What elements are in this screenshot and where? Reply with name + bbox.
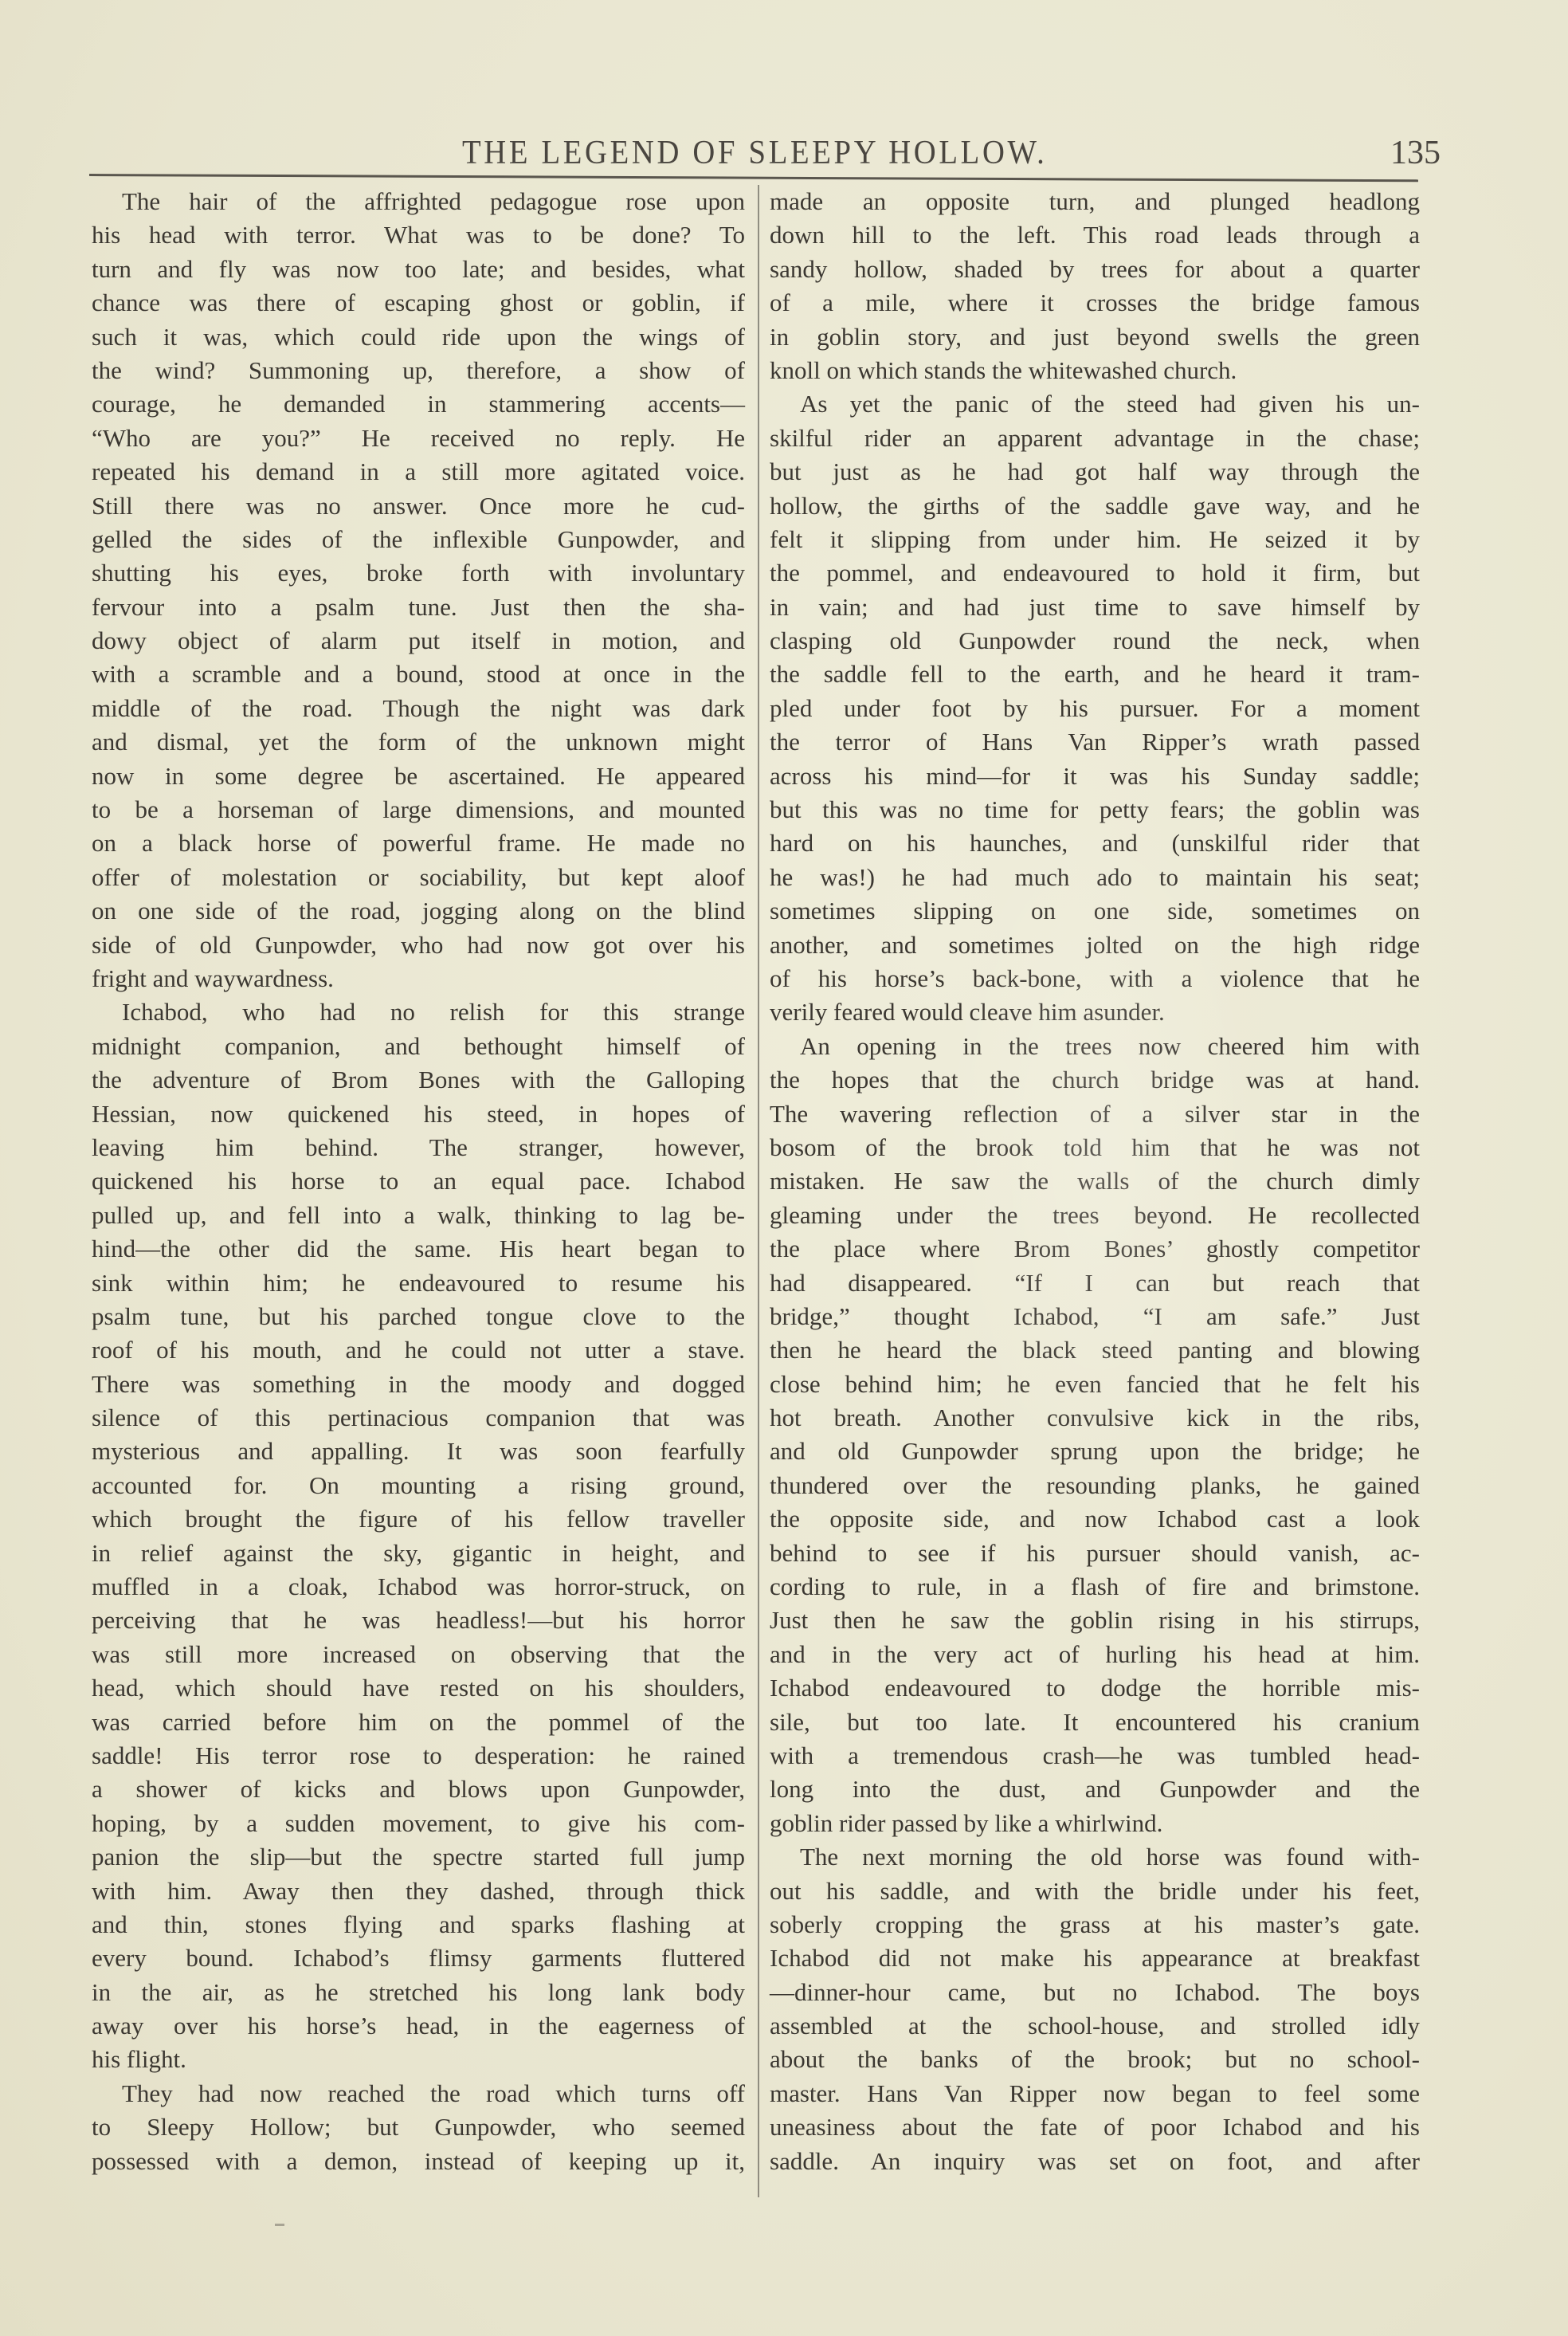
text-line: roof of his mouth, and he could not utte… (92, 1333, 745, 1367)
page-number: 135 (1390, 134, 1441, 172)
text-line: There was something in the moody and dog… (92, 1368, 745, 1401)
text-line: hot breath. Another convulsive kick in t… (770, 1401, 1420, 1435)
text-line: sile, but too late. It encountered his c… (770, 1706, 1420, 1739)
running-title: THE LEGEND OF SLEEPY HOLLOW. (462, 134, 1047, 172)
text-line: fright and waywardness. (92, 962, 745, 995)
text-line: middle of the road. Though the night was… (92, 692, 745, 725)
left-column: The hair of the affrighted pedagogue ros… (92, 185, 745, 2178)
text-line: behind to see if his pursuer should vani… (770, 1537, 1420, 1570)
text-line: about the banks of the brook; but no sch… (770, 2043, 1420, 2076)
text-line: silence of this pertinacious companion t… (92, 1401, 745, 1435)
text-line: hard on his haunches, and (unskilful rid… (770, 826, 1420, 860)
text-line: mistaken. He saw the walls of the church… (770, 1164, 1420, 1198)
text-line: of his horse’s back-bone, with a violenc… (770, 962, 1420, 995)
text-line: Still there was no answer. Once more he … (92, 489, 745, 523)
text-line: the saddle fell to the earth, and he hea… (770, 658, 1420, 691)
text-line: such it was, which could ride upon the w… (92, 320, 745, 354)
text-line: with a scramble and a bound, stood at on… (92, 658, 745, 691)
text-line: Ichabod, who had no relish for this stra… (92, 995, 745, 1029)
text-line: another, and sometimes jolted on the hig… (770, 929, 1420, 962)
text-line: close behind him; he even fancied that h… (770, 1368, 1420, 1401)
text-line: turn and fly was now too late; and besid… (92, 253, 745, 286)
text-line: leaving him behind. The stranger, howeve… (92, 1131, 745, 1164)
text-line: with him. Away then they dashed, through… (92, 1875, 745, 1908)
text-line: dowy object of alarm put itself in motio… (92, 624, 745, 658)
text-line: which brought the figure of his fellow t… (92, 1502, 745, 1536)
text-line: quickened his horse to an equal pace. Ic… (92, 1164, 745, 1198)
text-line: to be a horseman of large dimensions, an… (92, 793, 745, 826)
text-line: clasping old Gunpowder round the neck, w… (770, 624, 1420, 658)
ink-speck (275, 2224, 284, 2226)
text-line: in goblin story, and just beyond swells … (770, 320, 1420, 354)
text-line: and dismal, yet the form of the unknown … (92, 725, 745, 759)
text-line: his flight. (92, 2043, 745, 2076)
text-line: of a mile, where it crosses the bridge f… (770, 286, 1420, 320)
text-line: thundered over the resounding planks, he… (770, 1469, 1420, 1502)
text-line: Hessian, now quickened his steed, in hop… (92, 1097, 745, 1131)
text-line: hind—the other did the same. His heart b… (92, 1232, 745, 1266)
text-line: The hair of the affrighted pedagogue ros… (92, 185, 745, 218)
text-line: in vain; and had just time to save himse… (770, 591, 1420, 624)
text-line: panion the slip—but the spectre started … (92, 1840, 745, 1874)
text-line: midnight companion, and bethought himsel… (92, 1030, 745, 1063)
text-line: uneasiness about the fate of poor Ichabo… (770, 2110, 1420, 2144)
text-line: saddle! His terror rose to desperation: … (92, 1739, 745, 1773)
text-line: on one side of the road, jogging along o… (92, 894, 745, 928)
text-line: long into the dust, and Gunpowder and th… (770, 1773, 1420, 1806)
text-line: gleaming under the trees beyond. He reco… (770, 1199, 1420, 1232)
text-line: mysterious and appalling. It was soon fe… (92, 1435, 745, 1468)
text-line: psalm tune, but his parched tongue clove… (92, 1300, 745, 1333)
text-line: knoll on which stands the whitewashed ch… (770, 354, 1420, 387)
text-line: was still more increased on observing th… (92, 1638, 745, 1671)
text-line: repeated his demand in a still more agit… (92, 455, 745, 489)
text-line: saddle. An inquiry was set on foot, and … (770, 2145, 1420, 2178)
text-line: verily feared would cleave him asunder. (770, 995, 1420, 1029)
text-line: “Who are you?” He received no reply. He (92, 422, 745, 455)
text-line: down hill to the left. This road leads t… (770, 218, 1420, 252)
text-line: —dinner-hour came, but no Ichabod. The b… (770, 1976, 1420, 2009)
text-line: pulled up, and fell into a walk, thinkin… (92, 1199, 745, 1232)
text-line: a shower of kicks and blows upon Gunpowd… (92, 1773, 745, 1806)
text-line: but just as he had got half way through … (770, 455, 1420, 489)
text-line: out his saddle, and with the bridle unde… (770, 1875, 1420, 1908)
text-line: Ichabod did not make his appearance at b… (770, 1941, 1420, 1975)
text-line: the terror of Hans Van Ripper’s wrath pa… (770, 725, 1420, 759)
text-line: cording to rule, in a flash of fire and … (770, 1570, 1420, 1604)
text-line: his head with terror. What was to be don… (92, 218, 745, 252)
text-line: now in some degree be ascertained. He ap… (92, 760, 745, 793)
text-line: offer of molestation or sociability, but… (92, 861, 745, 894)
text-line: The wavering reflection of a silver star… (770, 1097, 1420, 1131)
text-line: the adventure of Brom Bones with the Gal… (92, 1063, 745, 1097)
text-line: the place where Brom Bones’ ghostly comp… (770, 1232, 1420, 1266)
text-line: and old Gunpowder sprung upon the bridge… (770, 1435, 1420, 1468)
text-line: pled under foot by his pursuer. For a mo… (770, 692, 1420, 725)
text-line: head, which should have rested on his sh… (92, 1671, 745, 1705)
text-line: then he heard the black steed panting an… (770, 1333, 1420, 1367)
text-line: had disappeared. “If I can but reach tha… (770, 1266, 1420, 1300)
text-line: hollow, the girths of the saddle gave wa… (770, 489, 1420, 523)
text-line: and thin, stones flying and sparks flash… (92, 1908, 745, 1941)
text-line: felt it slipping from under him. He seiz… (770, 523, 1420, 556)
text-line: As yet the panic of the steed had given … (770, 387, 1420, 421)
text-line: was carried before him on the pommel of … (92, 1706, 745, 1739)
text-line: away over his horse’s head, in the eager… (92, 2009, 745, 2043)
text-line: muffled in a cloak, Ichabod was horror-s… (92, 1570, 745, 1604)
text-line: sometimes slipping on one side, sometime… (770, 894, 1420, 928)
text-line: They had now reached the road which turn… (92, 2077, 745, 2110)
running-head: THE LEGEND OF SLEEPY HOLLOW. 135 (0, 134, 1568, 174)
text-line: Just then he saw the goblin rising in hi… (770, 1604, 1420, 1637)
text-line: possessed with a demon, instead of keepi… (92, 2145, 745, 2178)
text-line: he was!) he had much ado to maintain his… (770, 861, 1420, 894)
text-line: with a tremendous crash—he was tumbled h… (770, 1739, 1420, 1773)
text-line: The next morning the old horse was found… (770, 1840, 1420, 1874)
text-line: sink within him; he endeavoured to resum… (92, 1266, 745, 1300)
right-column: made an opposite turn, and plunged headl… (770, 185, 1420, 2178)
text-line: sandy hollow, shaded by trees for about … (770, 253, 1420, 286)
text-line: every bound. Ichabod’s flimsy garments f… (92, 1941, 745, 1975)
text-line: in relief against the sky, gigantic in h… (92, 1537, 745, 1570)
text-line: made an opposite turn, and plunged headl… (770, 185, 1420, 218)
text-line: An opening in the trees now cheered him … (770, 1030, 1420, 1063)
text-line: the opposite side, and now Ichabod cast … (770, 1502, 1420, 1536)
text-line: to Sleepy Hollow; but Gunpowder, who see… (92, 2110, 745, 2144)
text-line: shutting his eyes, broke forth with invo… (92, 556, 745, 590)
text-line: gelled the sides of the inflexible Gunpo… (92, 523, 745, 556)
text-line: courage, he demanded in stammering accen… (92, 387, 745, 421)
text-line: soberly cropping the grass at his master… (770, 1908, 1420, 1941)
header-rule (89, 174, 1418, 182)
text-line: across his mind—for it was his Sunday sa… (770, 760, 1420, 793)
text-line: and in the very act of hurling his head … (770, 1638, 1420, 1671)
text-line: but this was no time for petty fears; th… (770, 793, 1420, 826)
text-line: bridge,” thought Ichabod, “I am safe.” J… (770, 1300, 1420, 1333)
text-line: the hopes that the church bridge was at … (770, 1063, 1420, 1097)
column-divider (758, 185, 759, 2197)
text-line: goblin rider passed by like a whirlwind. (770, 1807, 1420, 1840)
text-line: chance was there of escaping ghost or go… (92, 286, 745, 320)
text-line: master. Hans Van Ripper now began to fee… (770, 2077, 1420, 2110)
text-line: side of old Gunpowder, who had now got o… (92, 929, 745, 962)
text-line: the pommel, and endeavoured to hold it f… (770, 556, 1420, 590)
text-line: perceiving that he was headless!—but his… (92, 1604, 745, 1637)
text-line: hoping, by a sudden movement, to give hi… (92, 1807, 745, 1840)
text-line: skilful rider an apparent advantage in t… (770, 422, 1420, 455)
text-line: fervour into a psalm tune. Just then the… (92, 591, 745, 624)
text-line: accounted for. On mounting a rising grou… (92, 1469, 745, 1502)
text-line: in the air, as he stretched his long lan… (92, 1976, 745, 2009)
text-line: the wind? Summoning up, therefore, a sho… (92, 354, 745, 387)
text-line: on a black horse of powerful frame. He m… (92, 826, 745, 860)
text-line: Ichabod endeavoured to dodge the horribl… (770, 1671, 1420, 1705)
text-line: bosom of the brook told him that he was … (770, 1131, 1420, 1164)
text-line: assembled at the school-house, and strol… (770, 2009, 1420, 2043)
